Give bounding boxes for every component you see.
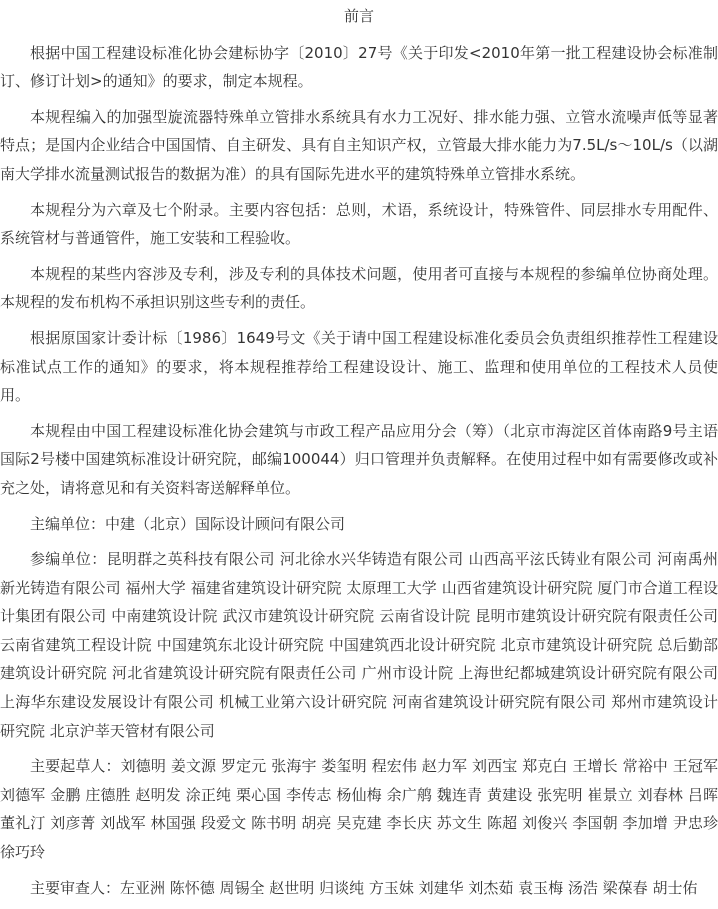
paragraph-system-features: 本规程编入的加强型旋流器特殊单立管排水系统具有水力工况好、排水能力强、立管水流噪… — [0, 103, 718, 189]
paragraph-basis: 根据中国工程建设标准化协会建标协字〔2010〕27号《关于印发<2010年第一批… — [0, 39, 718, 96]
chief-editor-unit: 主编单位：中建（北京）国际设计顾问有限公司 — [0, 510, 718, 539]
participating-units: 参编单位：昆明群之英科技有限公司 河北徐水兴华铸造有限公司 山西高平泫氏铸业有限… — [0, 545, 718, 745]
preface-page: { "doc": { "title": "前言", "paragraphs": … — [0, 0, 718, 909]
chief-reviewers: 主要审查人：左亚洲 陈怀德 周锡全 赵世明 归谈纯 方玉妹 刘建华 刘杰茹 袁玉… — [0, 874, 718, 903]
paragraph-management-interpretation: 本规程由中国工程建设标准化协会建筑与市政工程产品应用分会（筹）（北京市海淀区首体… — [0, 417, 718, 503]
paragraph-patent-notice: 本规程的某些内容涉及专利，涉及专利的具体技术问题，使用者可直接与本规程的参编单位… — [0, 260, 718, 317]
paragraph-recommendation: 根据原国家计委计标〔1986〕1649号文《关于请中国工程建设标准化委员会负责组… — [0, 324, 718, 410]
paragraph-contents-overview: 本规程分为六章及七个附录。主要内容包括：总则，术语，系统设计，特殊管件、同层排水… — [0, 196, 718, 253]
chief-drafters: 主要起草人：刘德明 姜文源 罗定元 张海宇 娄玺明 程宏伟 赵力军 刘西宝 郑克… — [0, 752, 718, 866]
page-title: 前言 — [0, 2, 718, 31]
